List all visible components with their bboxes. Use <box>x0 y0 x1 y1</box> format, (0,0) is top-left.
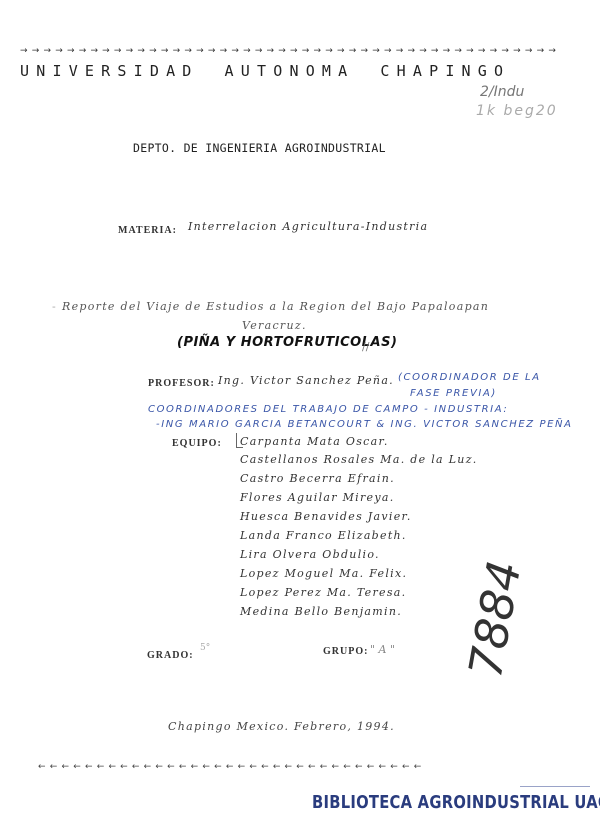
team-member: Castro Becerra Efrain. <box>240 472 395 485</box>
university-word-1: UNIVERSIDAD <box>20 62 199 80</box>
team-member: Castellanos Rosales Ma. de la Luz. <box>240 453 478 466</box>
department-title: DEPTO. DE INGENIERIA AGROINDUSTRIAL <box>133 141 386 155</box>
grupo-value: " A " <box>370 643 395 656</box>
library-stamp: BIBLIOTECA AGROINDUSTRIAL UACH <box>312 792 600 813</box>
materia-value: Interrelacion Agricultura-Industria <box>188 220 428 233</box>
team-member: Huesca Benavides Javier. <box>240 510 412 523</box>
grado-value: 5° <box>200 643 210 653</box>
field-coordination-line-2: -ING MARIO GARCIA BETANCOURT & ING. VICT… <box>156 419 573 430</box>
university-word-3: CHAPINGO <box>380 62 510 80</box>
materia-label: MATERIA: <box>118 225 177 236</box>
dash-mark: - <box>52 300 56 313</box>
field-coordination-line-1: COORDINADORES DEL TRABAJO DE CAMPO - IND… <box>148 404 508 415</box>
report-title-line-2: Veracruz. <box>242 319 307 332</box>
grupo-label: GRUPO: <box>323 646 368 657</box>
stamp-divider <box>520 786 590 787</box>
handwritten-mark: // <box>362 340 369 353</box>
equipo-label: EQUIPO: <box>172 438 222 449</box>
margin-note-line-1: 2/Indu <box>480 84 524 100</box>
decorative-arrow-border-top: →→→→→→→→→→→→→→→→→→→→→→→→→→→→→→→→→→→→→→→→… <box>20 46 560 56</box>
team-member: Lira Olvera Obdulio. <box>240 548 380 561</box>
grado-label: GRADO: <box>147 650 194 661</box>
profesor-label: PROFESOR: <box>148 378 215 389</box>
team-member: Flores Aguilar Mireya. <box>240 491 395 504</box>
team-member: Lopez Moguel Ma. Felix. <box>240 567 407 580</box>
profesor-annotation-line-1: (COORDINADOR DE LA <box>398 372 541 383</box>
decorative-arrow-border-bottom: ←←←←←←←←←←←←←←←←←←←←←←←←←←←←←←←←← <box>38 762 425 772</box>
university-name: UNIVERSIDADAUTONOMACHAPINGO <box>20 62 510 80</box>
handwritten-catalog-number: 7884 <box>458 557 532 682</box>
margin-note-line-2: 1k beg20 <box>476 103 558 119</box>
team-member: Medina Bello Benjamin. <box>240 605 402 618</box>
report-title-line-1: Reporte del Viaje de Estudios a la Regio… <box>62 300 489 313</box>
place-date: Chapingo Mexico. Febrero, 1994. <box>168 720 395 733</box>
team-member: Landa Franco Elizabeth. <box>240 529 407 542</box>
profesor-annotation-line-2: FASE PREVIA) <box>410 388 497 399</box>
profesor-value: Ing. Victor Sanchez Peña. <box>218 374 394 387</box>
team-member: Lopez Perez Ma. Teresa. <box>240 586 406 599</box>
team-member: Carpanta Mata Oscar. <box>240 435 389 448</box>
university-word-2: AUTONOMA <box>225 62 355 80</box>
